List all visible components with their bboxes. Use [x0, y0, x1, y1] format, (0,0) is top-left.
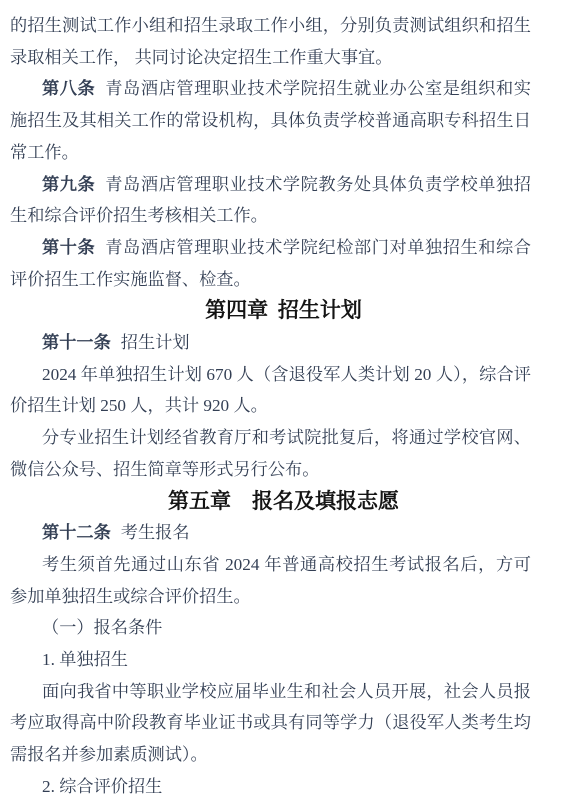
chapter-heading-4: 第四章 招生计划 — [23, 295, 544, 327]
article-label: 第八条 — [42, 79, 95, 98]
paragraph-plan-numbers: 2024 年单独招生计划 670 人（含退役军人类计划 20 人），综合评价招生… — [10, 359, 531, 422]
paragraph-article-11: 第十一条招生计划 — [10, 327, 531, 359]
paragraph-text: 分专业招生计划经省教育厅和考试院批复后，将通过学校官网、微信公众号、招生简章等形… — [10, 428, 531, 479]
chapter-heading-5: 第五章 报名及填报志愿 — [23, 486, 544, 518]
paragraph-text: 1. 单独招生 — [42, 650, 128, 669]
article-label: 第十一条 — [42, 333, 111, 352]
paragraph-single-recruit-detail: 面向我省中等职业学校应届毕业生和社会人员开展，社会人员报考应取得高中阶段教育毕业… — [10, 676, 531, 771]
paragraph: 的招生测试工作小组和招生录取工作小组，分别负责测试组织和招生录取相关工作， 共同… — [10, 10, 531, 73]
paragraph-text: 2024 年单独招生计划 670 人（含退役军人类计划 20 人），综合评价招生… — [10, 365, 531, 416]
article-label: 第十条 — [42, 238, 95, 257]
paragraph-article-12: 第十二条考生报名 — [10, 517, 531, 549]
paragraph-text: 考生须首先通过山东省 2024 年普通高校招生考试报名后，方可参加单独招生或综合… — [10, 555, 531, 606]
article-label: 第十二条 — [42, 523, 111, 542]
paragraph-conditions-title: （一）报名条件 — [10, 612, 531, 644]
paragraph-text: 招生计划 — [121, 333, 190, 352]
paragraph-text: 考生报名 — [121, 523, 190, 542]
paragraph-text: （一）报名条件 — [42, 618, 162, 637]
document-page: 的招生测试工作小组和招生录取工作小组，分别负责测试组织和招生录取相关工作， 共同… — [0, 0, 569, 803]
paragraph-registration: 考生须首先通过山东省 2024 年普通高校招生考试报名后，方可参加单独招生或综合… — [10, 549, 531, 612]
paragraph-item-1: 1. 单独招生 — [10, 644, 531, 676]
paragraph-text: 2. 综合评价招生 — [42, 777, 162, 796]
paragraph-plan-publish: 分专业招生计划经省教育厅和考试院批复后，将通过学校官网、微信公众号、招生简章等形… — [10, 422, 531, 485]
paragraph-article-9: 第九条青岛酒店管理职业技术学院教务处具体负责学校单独招生和综合评价招生考核相关工… — [10, 169, 531, 232]
paragraph-article-10: 第十条青岛酒店管理职业技术学院纪检部门对单独招生和综合评价招生工作实施监督、检查… — [10, 232, 531, 295]
paragraph-text: 的招生测试工作小组和招生录取工作小组，分别负责测试组织和招生录取相关工作， 共同… — [10, 16, 531, 67]
article-label: 第九条 — [42, 175, 95, 194]
paragraph-article-8: 第八条青岛酒店管理职业技术学院招生就业办公室是组织和实施招生及其相关工作的常设机… — [10, 73, 531, 168]
paragraph-text: 面向我省中等职业学校应届毕业生和社会人员开展，社会人员报考应取得高中阶段教育毕业… — [10, 682, 531, 764]
paragraph-item-2: 2. 综合评价招生 — [10, 771, 531, 803]
